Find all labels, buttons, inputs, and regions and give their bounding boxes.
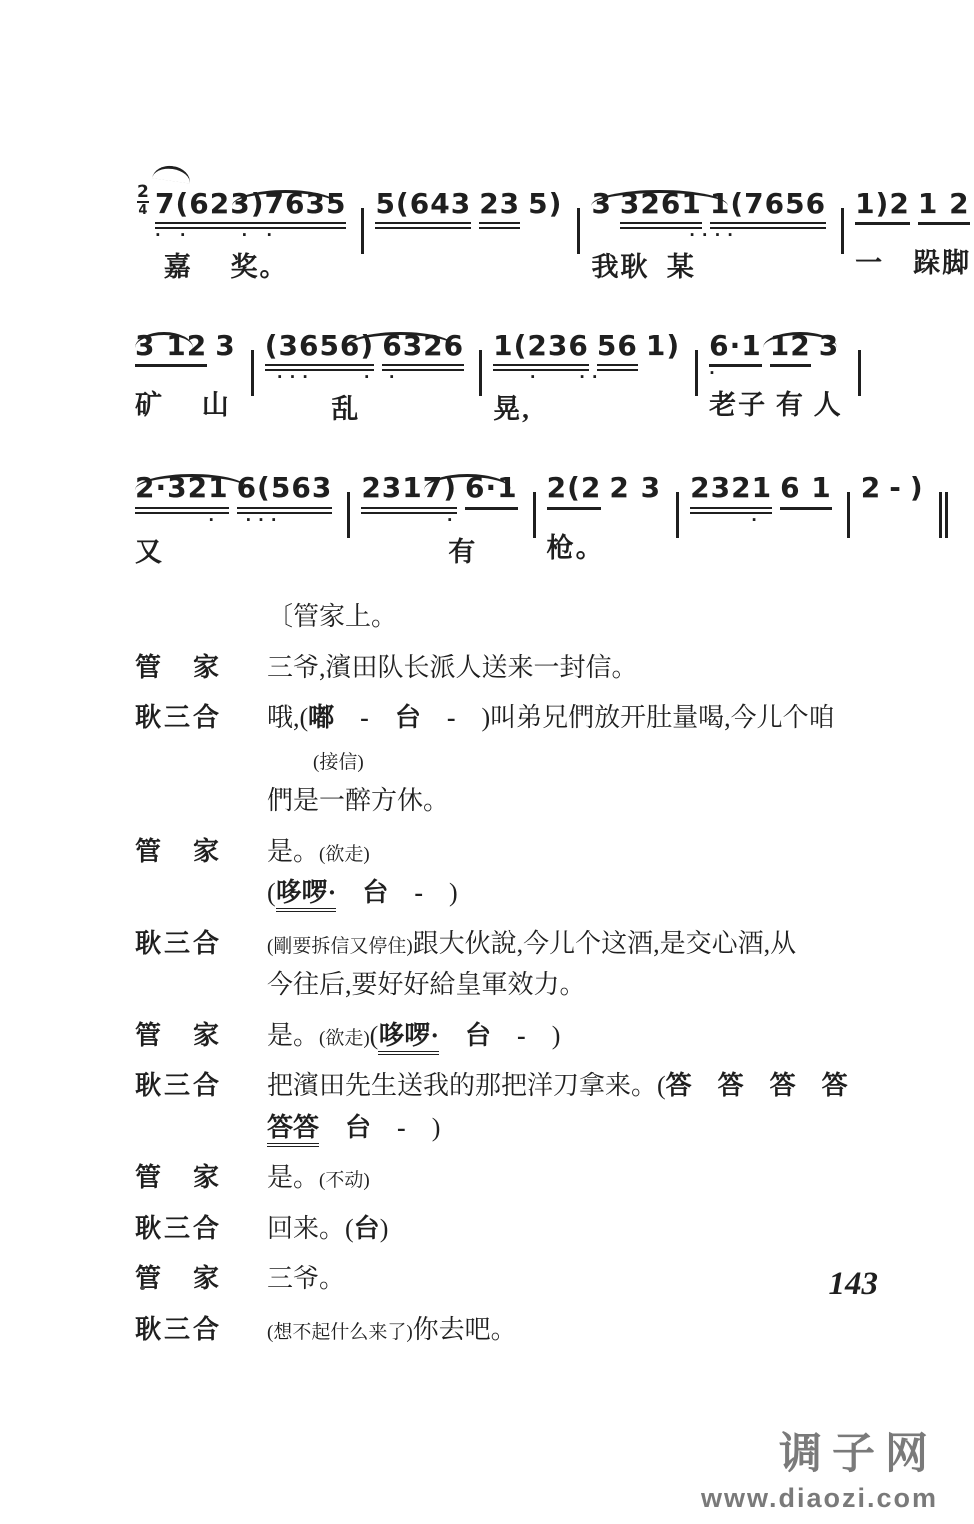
octave-dots: ··· · · — [265, 371, 464, 386]
barline — [251, 350, 254, 396]
speaker-name: 管 家 — [135, 1016, 267, 1058]
note-numbers: 2(22 3 — [547, 472, 661, 509]
speech-text — [319, 1113, 345, 1142]
speech-text — [336, 878, 362, 907]
speech-text: 今往后,要好好給皇軍效力。 — [267, 970, 586, 999]
octave-dots: ···· — [591, 229, 826, 244]
dialogue-line: 三爷,濱田队长派人送来一封信。 — [267, 648, 916, 688]
music-line: 3 123 矿 山(3656)6326 ··· · · 乱1(236561) ·… — [135, 312, 916, 426]
speaker-name: 耿三合 — [135, 1310, 267, 1352]
dialogue-row: 耿三合把濱田先生送我的那把洋刀拿来。(答 答 答 答答答 台 - ) — [135, 1066, 916, 1149]
measure: 2·3216(563 · ···又 — [135, 472, 332, 568]
lyric-text: 我耿 某 — [591, 245, 826, 284]
dialogue-content: (想不起什么来了)你去吧。 — [267, 1310, 916, 1352]
measure: 3 123 矿 山 — [135, 330, 236, 422]
double-barline — [939, 492, 942, 538]
dialogue-line: 今往后,要好好給皇軍效力。 — [267, 965, 916, 1005]
watermark: 调子网 www.diaozi.com — [701, 1420, 938, 1514]
page-number: 143 — [829, 1266, 879, 1303]
time-signature-numerator: 2 — [137, 184, 149, 201]
measure: (3656)6326 ··· · · 乱 — [265, 330, 464, 426]
note-group: 5(643 — [375, 188, 471, 229]
note-numbers: 23216 1 — [690, 472, 832, 513]
note-group: 2321 — [690, 472, 772, 513]
lyric-text: 嘉 奖。 — [155, 245, 346, 284]
note-group: 2 — [861, 472, 881, 506]
dialogue-row: 耿三合回来。(台) — [135, 1209, 916, 1251]
percussion-syllables: 答答 — [267, 1113, 319, 1147]
measure: 2(22 3 枪。 — [547, 472, 661, 564]
speech-text: 三爷,濱田队长派人送来一封信。 — [267, 653, 638, 682]
stage-direction: 〔管家上。 — [267, 597, 916, 636]
stage-note: (欲走) — [319, 1028, 370, 1049]
lyric-text: 一 跺脚 — [855, 241, 971, 280]
speaker-name: 管 家 — [135, 1259, 267, 1301]
time-signature: 2 4 — [137, 184, 149, 217]
dialogue-content: 三爷。 — [267, 1259, 916, 1301]
octave-dots: · — [361, 514, 517, 529]
note-group: ) — [910, 472, 924, 506]
lyric-text: 乱 — [265, 387, 464, 426]
note-numbers: 2-) — [861, 472, 924, 506]
dialogue-line: 是。(欲走)(哆啰· 台 - ) — [267, 1016, 916, 1056]
octave-dots — [861, 507, 924, 522]
speech-text: 你去吧。 — [413, 1315, 517, 1344]
percussion-syllables: 答 答 答 答 — [666, 1071, 848, 1100]
scanned-score-page: 2 4 7(623)7635· · · · 嘉 奖。5(643235) 3326… — [0, 0, 974, 1524]
dialogue-row: 管 家是。(不动) — [135, 1158, 916, 1200]
percussion-syllables: 台 - — [362, 878, 423, 907]
speech-text: 是。 — [267, 1021, 319, 1050]
note-group: 3 — [215, 330, 235, 364]
dialogue-content: (剛要拆信又停住)跟大伙說,今儿个这酒,是交心酒,从今往后,要好好給皇軍效力。 — [267, 924, 916, 1007]
octave-dots: · — [709, 367, 843, 382]
speech-text: 是。 — [267, 1163, 319, 1192]
dialogue-line: 是。(不动) — [267, 1158, 916, 1198]
note-group: 1(7656 — [710, 188, 826, 229]
percussion-syllables: 台 — [354, 1214, 380, 1243]
dialogue-content: 回来。(台) — [267, 1209, 916, 1251]
dialogue-row: 管 家三爷。 — [135, 1259, 916, 1301]
speaker-name: 耿三合 — [135, 924, 267, 1007]
dialogue-line: (剛要拆信又停住)跟大伙說,今儿个这酒,是交心酒,从 — [267, 924, 916, 964]
speaker-name: 管 家 — [135, 648, 267, 690]
barline — [676, 492, 679, 538]
speech-text: 跟大伙說,今儿个这酒,是交心酒,从 — [413, 929, 797, 958]
note-numbers: 1)21 2 — [855, 188, 971, 225]
speaker-name: 耿三合 — [135, 1209, 267, 1251]
dialogue-row: 耿三合(剛要拆信又停住)跟大伙說,今儿个这酒,是交心酒,从今往后,要好好給皇軍效… — [135, 924, 916, 1007]
dialogue-section: 〔管家上。 管 家三爷,濱田队长派人送来一封信。耿三合哦,(嘟 - 台 - )叫… — [135, 597, 916, 1352]
octave-dots: · — [690, 514, 832, 529]
dialogue-content: 是。(欲走)(哆啰· 台 - ) — [267, 1016, 916, 1058]
measure: 1)21 2 一 跺脚 — [855, 188, 971, 280]
percussion-syllables: 哆啰· — [276, 878, 337, 912]
octave-dots — [855, 225, 971, 240]
measure: 5(643235) — [375, 188, 562, 245]
octave-dots: · ·· — [493, 371, 680, 386]
barline — [695, 350, 698, 396]
dialogue-line: (接信) — [267, 740, 916, 780]
lyric-text: 有 — [361, 530, 517, 569]
note-group: 1) — [646, 330, 680, 364]
ink-speck — [140, 1286, 145, 1290]
speech-text: 們是一醉方休。 — [267, 786, 449, 815]
note-group: (3656) — [265, 330, 375, 371]
dialogue-row: 管 家是。(欲走)(哆啰· 台 - ) — [135, 832, 916, 915]
note-group: - — [889, 472, 902, 506]
music-line: 7(623)7635· · · · 嘉 奖。5(643235) 332611(7… — [135, 170, 916, 284]
note-group: 2 3 — [609, 472, 661, 506]
barline — [479, 350, 482, 396]
octave-dots: · · · · — [155, 229, 346, 244]
lyric-text: 枪。 — [547, 526, 661, 565]
dialogue-content: 把濱田先生送我的那把洋刀拿来。(答 答 答 答答答 台 - ) — [267, 1066, 916, 1149]
measure: 2-) — [861, 472, 924, 522]
dialogue-row: 管 家是。(欲走)(哆啰· 台 - ) — [135, 1016, 916, 1058]
note-group: 1)2 — [855, 188, 910, 225]
barline — [347, 492, 350, 538]
speaker-name: 管 家 — [135, 1158, 267, 1200]
dialogue-line: 把濱田先生送我的那把洋刀拿来。(答 答 答 答 — [267, 1066, 916, 1106]
percussion-syllables: 哆啰· — [378, 1021, 439, 1055]
stage-note: (剛要拆信又停住) — [267, 936, 413, 957]
barline — [577, 208, 580, 254]
lyric-text: 矿 山 — [135, 383, 236, 422]
barline — [533, 492, 536, 538]
barline — [361, 208, 364, 254]
dialogue-line: 們是一醉方休。 — [267, 781, 916, 821]
measure: 6·1123·老子 有 人 — [709, 330, 843, 422]
speech-text: )叫弟兄們放开肚量喝,今儿个咱 — [456, 703, 835, 732]
dialogue-rows: 管 家三爷,濱田队长派人送来一封信。耿三合哦,(嘟 - 台 - )叫弟兄們放开肚… — [135, 648, 916, 1352]
dialogue-line: (哆啰· 台 - ) — [267, 873, 916, 913]
percussion-syllables: 台 - — [345, 1113, 406, 1142]
note-numbers: 5(643235) — [375, 188, 562, 229]
speaker-name: 管 家 — [135, 832, 267, 915]
octave-dots — [547, 510, 661, 525]
dialogue-line: 回来。(台) — [267, 1209, 916, 1249]
speech-text: ) — [406, 1113, 441, 1142]
watermark-site-name: 调子网 — [701, 1420, 938, 1481]
octave-dots: · ··· — [135, 514, 332, 529]
speech-text: 哦,( — [267, 703, 308, 732]
note-group: 1 2 — [918, 188, 970, 225]
dialogue-content: 哦,(嘟 - 台 - )叫弟兄們放开肚量喝,今儿个咱(接信)們是一醉方休。 — [267, 698, 916, 823]
time-signature-denominator: 4 — [137, 201, 149, 217]
speaker-name: 耿三合 — [135, 1066, 267, 1149]
dialogue-line: (想不起什么来了)你去吧。 — [267, 1310, 916, 1350]
stage-note: (不动) — [319, 1170, 370, 1191]
dialogue-content: 是。(不动) — [267, 1158, 916, 1200]
note-group: 6(563 — [237, 472, 333, 513]
dialogue-content: 是。(欲走)(哆啰· 台 - ) — [267, 832, 916, 915]
lyric-text: 又 — [135, 530, 332, 569]
speech-text: 把濱田先生送我的那把洋刀拿来。( — [267, 1071, 666, 1100]
note-group: 5) — [528, 188, 562, 222]
speech-text: ) — [423, 878, 458, 907]
stage-note: (想不起什么来了) — [267, 1322, 413, 1343]
measure: 2317)6·1 · 有 — [361, 472, 517, 568]
speech-text: 是。 — [267, 837, 319, 866]
dialogue-row: 耿三合(想不起什么来了)你去吧。 — [135, 1310, 916, 1352]
music-line: 2·3216(563 · ···又2317)6·1 · 有2(22 3 枪。23… — [135, 454, 916, 568]
speech-text — [439, 1021, 465, 1050]
note-group: 56 — [597, 330, 638, 371]
watermark-url: www.diaozi.com — [701, 1483, 938, 1514]
stage-note: (接信) — [313, 752, 364, 773]
dialogue-line: 是。(欲走) — [267, 832, 916, 872]
percussion-syllables: 嘟 - 台 - — [308, 703, 455, 732]
note-group: 6 1 — [780, 472, 832, 509]
octave-dots — [375, 229, 562, 244]
note-group: 23 — [479, 188, 520, 229]
stage-note: (欲走) — [319, 844, 370, 865]
lyric-text: 晃, — [493, 387, 680, 426]
note-group: 1(236 — [493, 330, 589, 371]
barline — [841, 208, 844, 254]
speech-text: ( — [267, 878, 276, 907]
dialogue-row: 管 家三爷,濱田队长派人送来一封信。 — [135, 648, 916, 690]
octave-dots — [135, 367, 236, 382]
speaker-name: 耿三合 — [135, 698, 267, 823]
lyric-text: 老子 有 人 — [709, 383, 843, 422]
percussion-syllables: 台 - — [465, 1021, 526, 1050]
note-group: 2(2 — [547, 472, 602, 509]
dialogue-content: 三爷,濱田队长派人送来一封信。 — [267, 648, 916, 690]
dialogue-line: 哦,(嘟 - 台 - )叫弟兄們放开肚量喝,今儿个咱 — [267, 698, 916, 738]
dialogue-line: 答答 台 - ) — [267, 1108, 916, 1148]
barline — [858, 350, 861, 396]
dialogue-line: 三爷。 — [267, 1259, 916, 1299]
measure: 23216 1 · — [690, 472, 832, 529]
barline — [847, 492, 850, 538]
note-numbers: 1(236561) — [493, 330, 680, 371]
notation-lines: 7(623)7635· · · · 嘉 奖。5(643235) 332611(7… — [135, 170, 916, 569]
measure: 332611(7656 ····我耿 某 — [591, 188, 826, 284]
music-section: 2 4 7(623)7635· · · · 嘉 奖。5(643235) 3326… — [135, 170, 916, 569]
speech-text: ) — [526, 1021, 561, 1050]
measure: 1(236561) · ··晃, — [493, 330, 680, 426]
speech-text: 回来。( — [267, 1214, 354, 1243]
speech-text: ) — [380, 1214, 389, 1243]
note-group: 6·1 — [709, 330, 762, 367]
dialogue-row: 耿三合哦,(嘟 - 台 - )叫弟兄們放开肚量喝,今儿个咱(接信)們是一醉方休。 — [135, 698, 916, 823]
speech-text: 三爷。 — [267, 1264, 345, 1293]
measure: 7(623)7635· · · · 嘉 奖。 — [155, 188, 346, 284]
